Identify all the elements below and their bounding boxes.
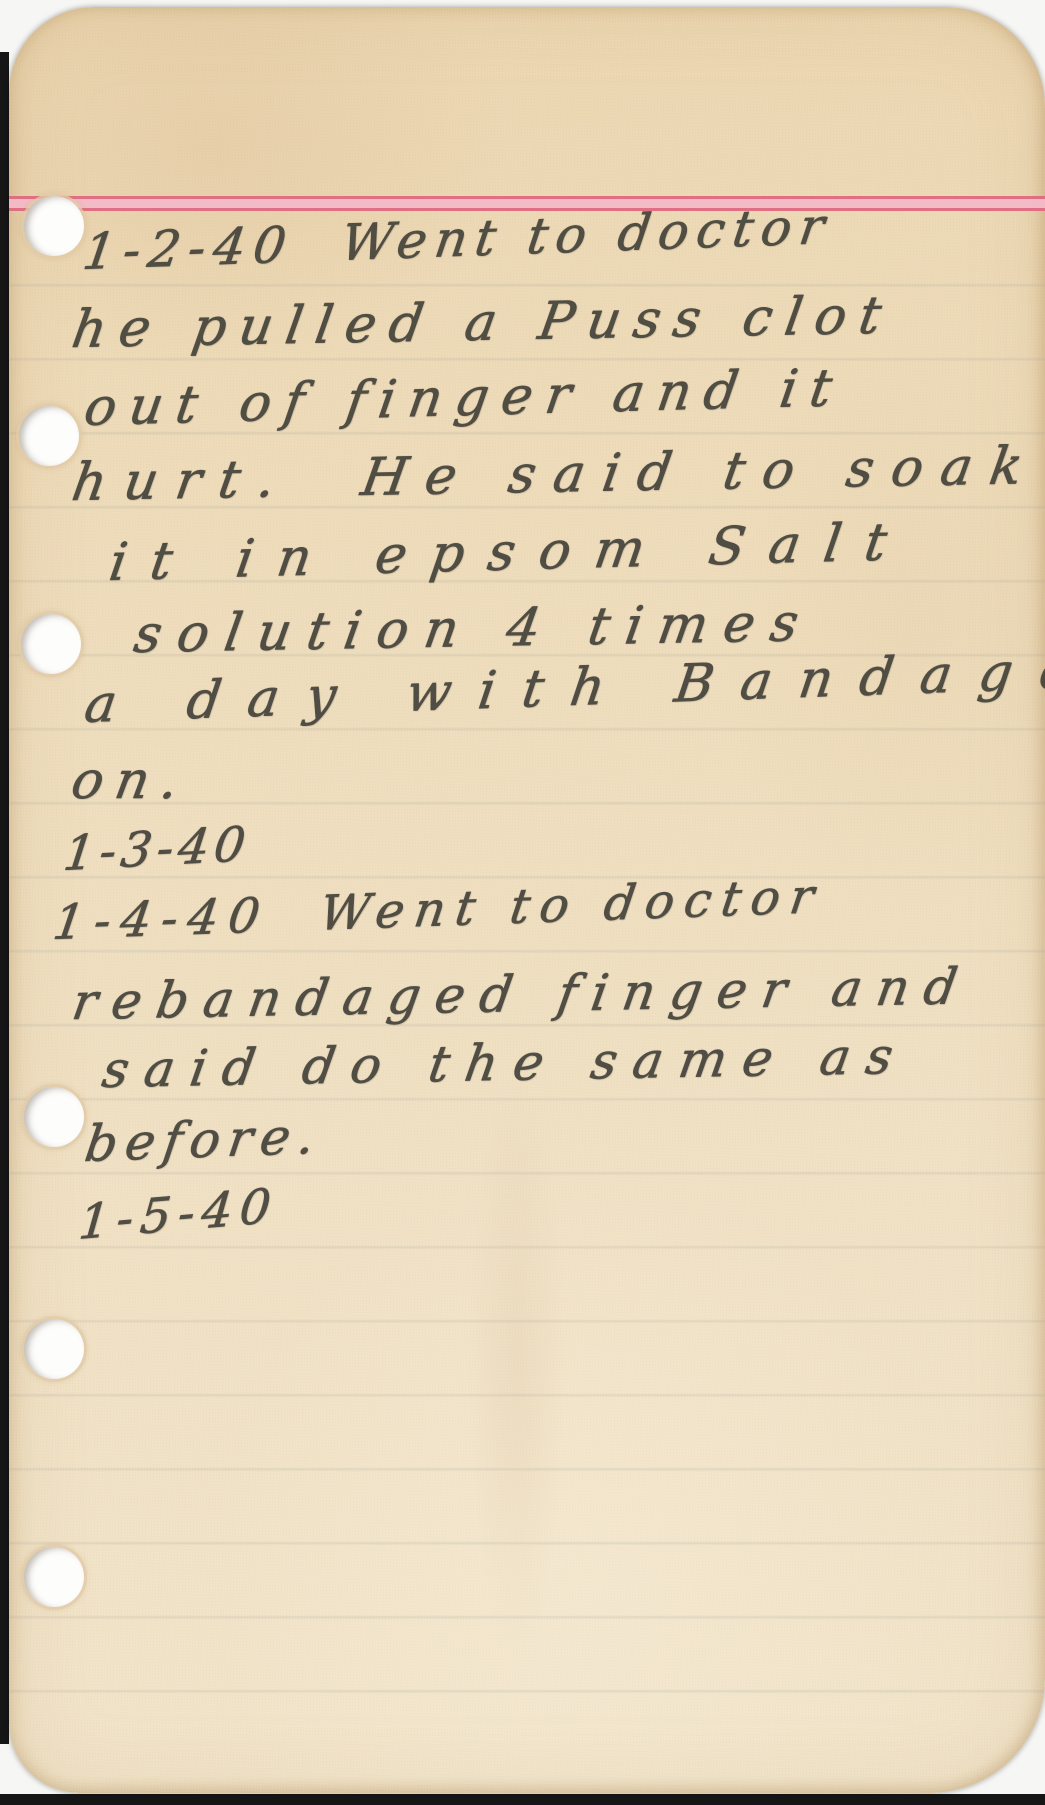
- punch-hole: [24, 1087, 84, 1147]
- notebook-page: 1-2-40 Went to doctor he pulled a Puss c…: [9, 7, 1045, 1793]
- handwritten-line: said do the same as: [99, 1031, 912, 1095]
- handwritten-line: he pulled a Puss clot: [69, 290, 898, 356]
- handwritten-line: 1-3-40: [61, 820, 253, 878]
- punch-hole: [24, 1547, 84, 1607]
- punch-hole: [19, 406, 79, 466]
- handwritten-line: before.: [82, 1111, 326, 1169]
- handwritten-line: 1-2-40 Went to doctor: [80, 201, 835, 277]
- punch-hole: [24, 1319, 84, 1379]
- handwritten-line: on.: [68, 755, 194, 807]
- scan-edge-bottom: [0, 1794, 1045, 1805]
- punch-hole: [24, 196, 84, 256]
- punch-hole: [21, 614, 81, 674]
- handwritten-line: rebandaged finger and: [69, 961, 976, 1027]
- handwritten-line: solution 4 times: [131, 597, 818, 661]
- scan-edge-left: [0, 52, 9, 1744]
